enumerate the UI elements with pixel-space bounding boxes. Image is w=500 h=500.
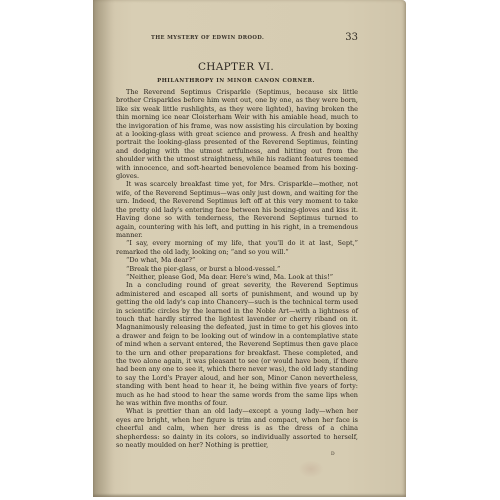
- paragraph: What is prettier than an old lady—except…: [116, 407, 358, 449]
- paragraph: “Break the pier-glass, or burst a blood-…: [116, 265, 358, 273]
- chapter-subtitle: PHILANTHROPY IN MINOR CANON CORNER.: [117, 78, 355, 84]
- page-gutter-shadow: [93, 0, 115, 497]
- paper-stain: [298, 460, 324, 478]
- page-number: 33: [345, 32, 358, 43]
- body-text: The Reverend Septimus Crisparkle (Septim…: [116, 88, 358, 449]
- paragraph: “I say, every morning of my life, that y…: [116, 239, 358, 256]
- book-page: THE MYSTERY OF EDWIN DROOD. 33 CHAPTER V…: [93, 0, 406, 497]
- paragraph: “Do what, Ma dear?”: [116, 256, 358, 264]
- paragraph: It was scarcely breakfast time yet, for …: [116, 180, 358, 239]
- running-head: THE MYSTERY OF EDWIN DROOD. 33: [117, 35, 335, 45]
- paragraph: “Neither, please God, Ma dear. Here's wi…: [116, 273, 358, 281]
- running-title: THE MYSTERY OF EDWIN DROOD.: [151, 35, 264, 41]
- paragraph: In a concluding round of great severity,…: [116, 281, 358, 407]
- paragraph: The Reverend Septimus Crisparkle (Septim…: [116, 88, 358, 180]
- chapter-title: CHAPTER VI.: [117, 61, 355, 73]
- signature-mark: D: [331, 452, 335, 457]
